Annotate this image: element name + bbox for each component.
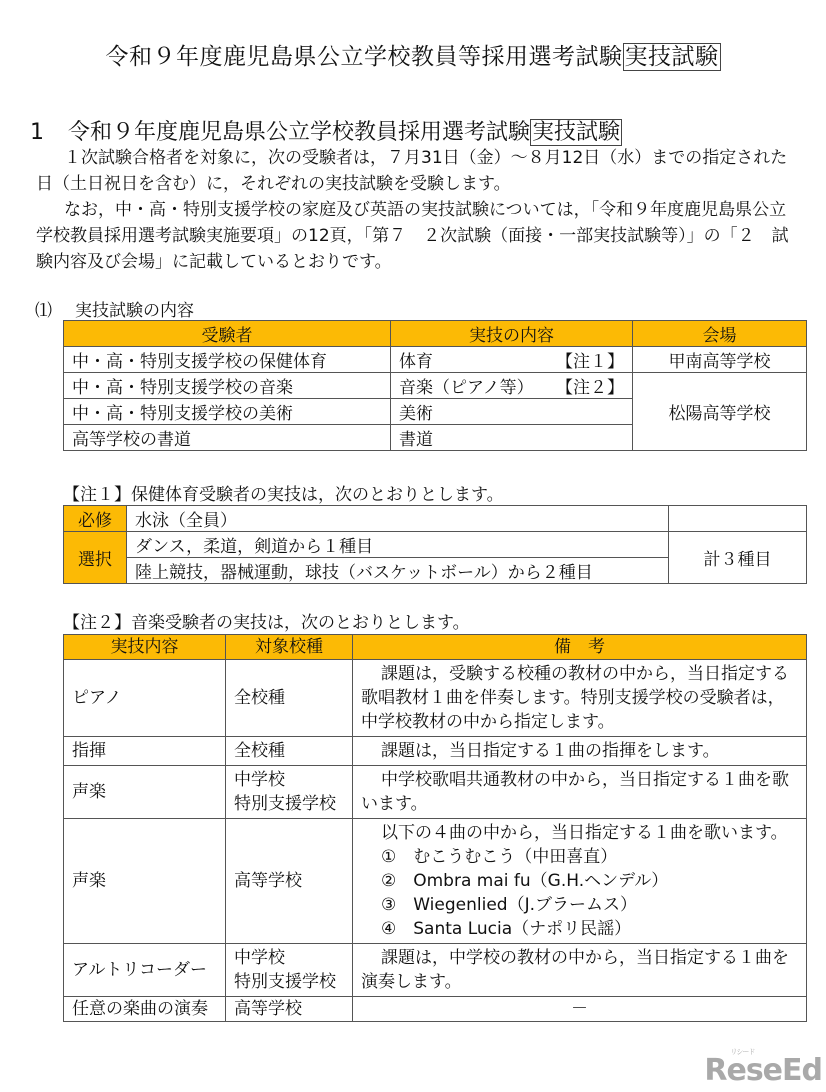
section-heading: 1令和９年度鹿児島県公立学校教員採用選考試験実技試験	[30, 115, 622, 146]
table-row: 必修 水泳（全員）	[64, 506, 807, 532]
note-ref: 【注２】	[556, 373, 624, 398]
table-row: 中・高・特別支援学校の保健体育 体育【注１】 甲南高等学校	[64, 347, 807, 373]
table-row: 声楽 高等学校 以下の４曲の中から，当日指定する１曲を歌います。 ① むこうむこ…	[64, 819, 807, 944]
table-row: 任意の楽曲の演奏 高等学校 －	[64, 997, 807, 1022]
song-item: ③ Wiegenlied（J.ブラームス）	[361, 893, 798, 917]
table-header-row: 受験者 実技の内容 会場	[64, 321, 807, 347]
header-examinee: 受験者	[64, 321, 391, 347]
table-row: アルトリコーダー 中学校特別支援学校 課題は，中学校の教材の中から，当日指定する…	[64, 944, 807, 997]
song-item: ② Ombra mai fu（G.H.ヘンデル）	[361, 869, 798, 893]
total-cell: 計３種目	[669, 532, 807, 584]
venue-cell: 松陽高等学校	[633, 373, 807, 451]
title-boxed-label: 実技試験	[623, 43, 721, 71]
practical-exam-table: 受験者 実技の内容 会場 中・高・特別支援学校の保健体育 体育【注１】 甲南高等…	[63, 320, 807, 451]
header-content: 実技の内容	[391, 321, 633, 347]
table-row: ピアノ 全校種 課題は，受験する校種の教材の中から，当日指定する歌唱教材１曲を伴…	[64, 660, 807, 737]
section-number: 1	[30, 120, 68, 145]
document-title: 令和９年度鹿児島県公立学校教員等採用選考試験実技試験	[0, 38, 826, 71]
required-label: 必修	[64, 506, 127, 532]
table-row: 指揮 全校種 課題は，当日指定する１曲の指揮をします。	[64, 737, 807, 766]
venue-cell: 甲南高等学校	[633, 347, 807, 373]
table-row: 声楽 中学校特別支援学校 中学校歌唱共通教材の中から，当日指定する１曲を歌います…	[64, 766, 807, 819]
table-header-row: 実技内容 対象校種 備 考	[64, 635, 807, 660]
header-venue: 会場	[633, 321, 807, 347]
song-item: ① むこうむこう（中田喜直）	[361, 845, 798, 869]
note1-heading: 【注１】保健体育受験者の実技は，次のとおりとします。	[63, 480, 504, 505]
note-ref: 【注１】	[556, 347, 624, 372]
subsection-heading: ⑴実技試験の内容	[35, 296, 194, 321]
music-requirements-table: 実技内容 対象校種 備 考 ピアノ 全校種 課題は，受験する校種の教材の中から，…	[63, 634, 807, 1022]
pe-requirements-table: 必修 水泳（全員） 選択 ダンス，柔道，剣道から１種目 計３種目 陸上競技，器械…	[63, 505, 807, 584]
elective-label: 選択	[64, 532, 127, 584]
table-row: 選択 ダンス，柔道，剣道から１種目 計３種目	[64, 532, 807, 558]
note2-heading: 【注２】音楽受験者の実技は，次のとおりとします。	[63, 608, 470, 633]
paragraph-schedule: １次試験合格者を対象に，次の受験者は，７月31日（金）～８月12日（水）までの指…	[36, 145, 796, 197]
song-item: ④ Santa Lucia（ナポリ民謡）	[361, 917, 798, 941]
section-heading-boxed: 実技試験	[530, 119, 622, 146]
reseed-logo: リシード ReseEd	[704, 1053, 822, 1088]
paragraph-reference: なお，中・高・特別支援学校の家庭及び英語の実技試験については，「令和９年度鹿児島…	[36, 197, 796, 275]
table-row: 中・高・特別支援学校の音楽 音楽（ピアノ等）【注２】 松陽高等学校	[64, 373, 807, 399]
